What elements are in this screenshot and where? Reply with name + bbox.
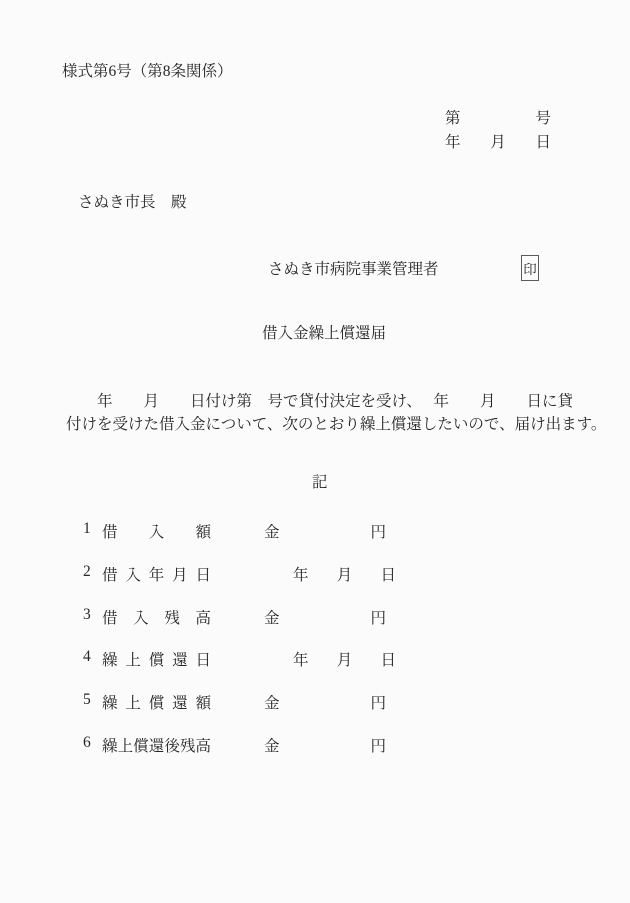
item-number: 1 — [83, 520, 91, 538]
unit-char: 円 — [370, 520, 386, 542]
section-marker: 記 — [312, 473, 328, 492]
item-label: 繰上償還額 — [102, 691, 211, 713]
item-row: 4 繰上償還日 年月日 — [0, 648, 630, 669]
unit-char: 円 — [370, 691, 386, 713]
item-units: 金円 — [264, 691, 386, 713]
item-number: 3 — [83, 606, 91, 624]
unit-char: 日 — [380, 648, 396, 670]
document-page: { "form_number": "様式第6号（第8条関係）", "doc_nu… — [0, 0, 630, 903]
document-number-line: 第 号 — [445, 106, 551, 128]
item-row: 1 借入額 金円 — [0, 520, 630, 541]
seal-mark: 印 — [523, 258, 537, 278]
unit-char: 金 — [264, 691, 280, 713]
item-row: 5 繰上償還額 金円 — [0, 691, 630, 712]
item-label: 借入年月日 — [102, 563, 211, 585]
unit-char: 年 — [293, 563, 309, 585]
body-paragraph-line-2: 付けを受けた借入金について、次のとおり繰上償還したいので、届け出ます。 — [66, 412, 606, 434]
unit-char: 日 — [380, 563, 396, 585]
date-year-label: 年 — [445, 130, 461, 152]
item-units: 金円 — [264, 520, 386, 542]
unit-char: 年 — [293, 648, 309, 670]
date-day-label: 日 — [535, 130, 551, 152]
item-number: 4 — [83, 648, 91, 666]
document-title: 借入金繰上償還届 — [262, 324, 386, 343]
item-label: 繰上償還日 — [102, 648, 211, 670]
unit-char: 円 — [370, 606, 386, 628]
item-label: 借入額 — [102, 520, 211, 542]
item-units: 年月日 — [293, 648, 396, 670]
doc-number-prefix: 第 — [445, 106, 461, 128]
addressee: さぬき市長 殿 — [78, 193, 187, 212]
unit-char: 金 — [264, 606, 280, 628]
unit-char: 金 — [264, 520, 280, 542]
unit-char: 円 — [370, 734, 386, 756]
item-row: 3 借入残高 金円 — [0, 606, 630, 627]
item-units: 年月日 — [293, 563, 396, 585]
item-number: 2 — [83, 563, 91, 581]
doc-number-suffix: 号 — [535, 106, 551, 128]
document-date-line: 年 月 日 — [445, 130, 551, 152]
unit-char: 金 — [264, 734, 280, 756]
seal-box: 印 — [521, 255, 539, 281]
item-row: 2 借入年月日 年月日 — [0, 563, 630, 584]
unit-char: 月 — [337, 648, 353, 670]
date-month-label: 月 — [490, 130, 506, 152]
form-number: 様式第6号（第8条関係） — [62, 62, 233, 81]
item-label: 借入残高 — [102, 606, 211, 628]
unit-char: 月 — [337, 563, 353, 585]
item-units: 金円 — [264, 606, 386, 628]
body-paragraph-line-1: 年 月 日付け第 号で貸付決定を受け、 年 月 日に貸 — [66, 389, 573, 411]
issuer: さぬき市病院事業管理者 — [268, 260, 439, 279]
item-number: 5 — [83, 691, 91, 709]
item-number: 6 — [83, 734, 91, 752]
item-label: 繰上償還後残高 — [102, 734, 211, 756]
item-row: 6 繰上償還後残高 金円 — [0, 734, 630, 755]
item-units: 金円 — [264, 734, 386, 756]
